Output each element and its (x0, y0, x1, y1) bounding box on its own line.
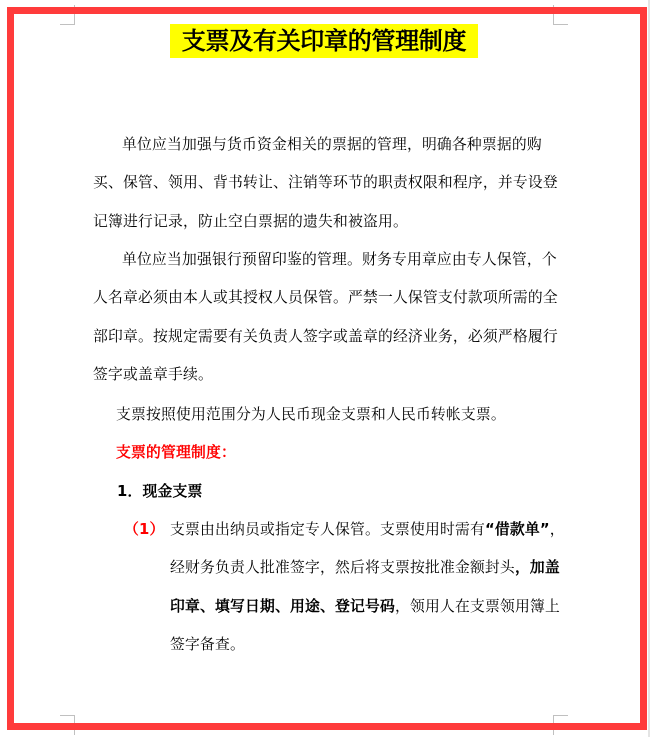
red-frame-border (7, 7, 647, 730)
